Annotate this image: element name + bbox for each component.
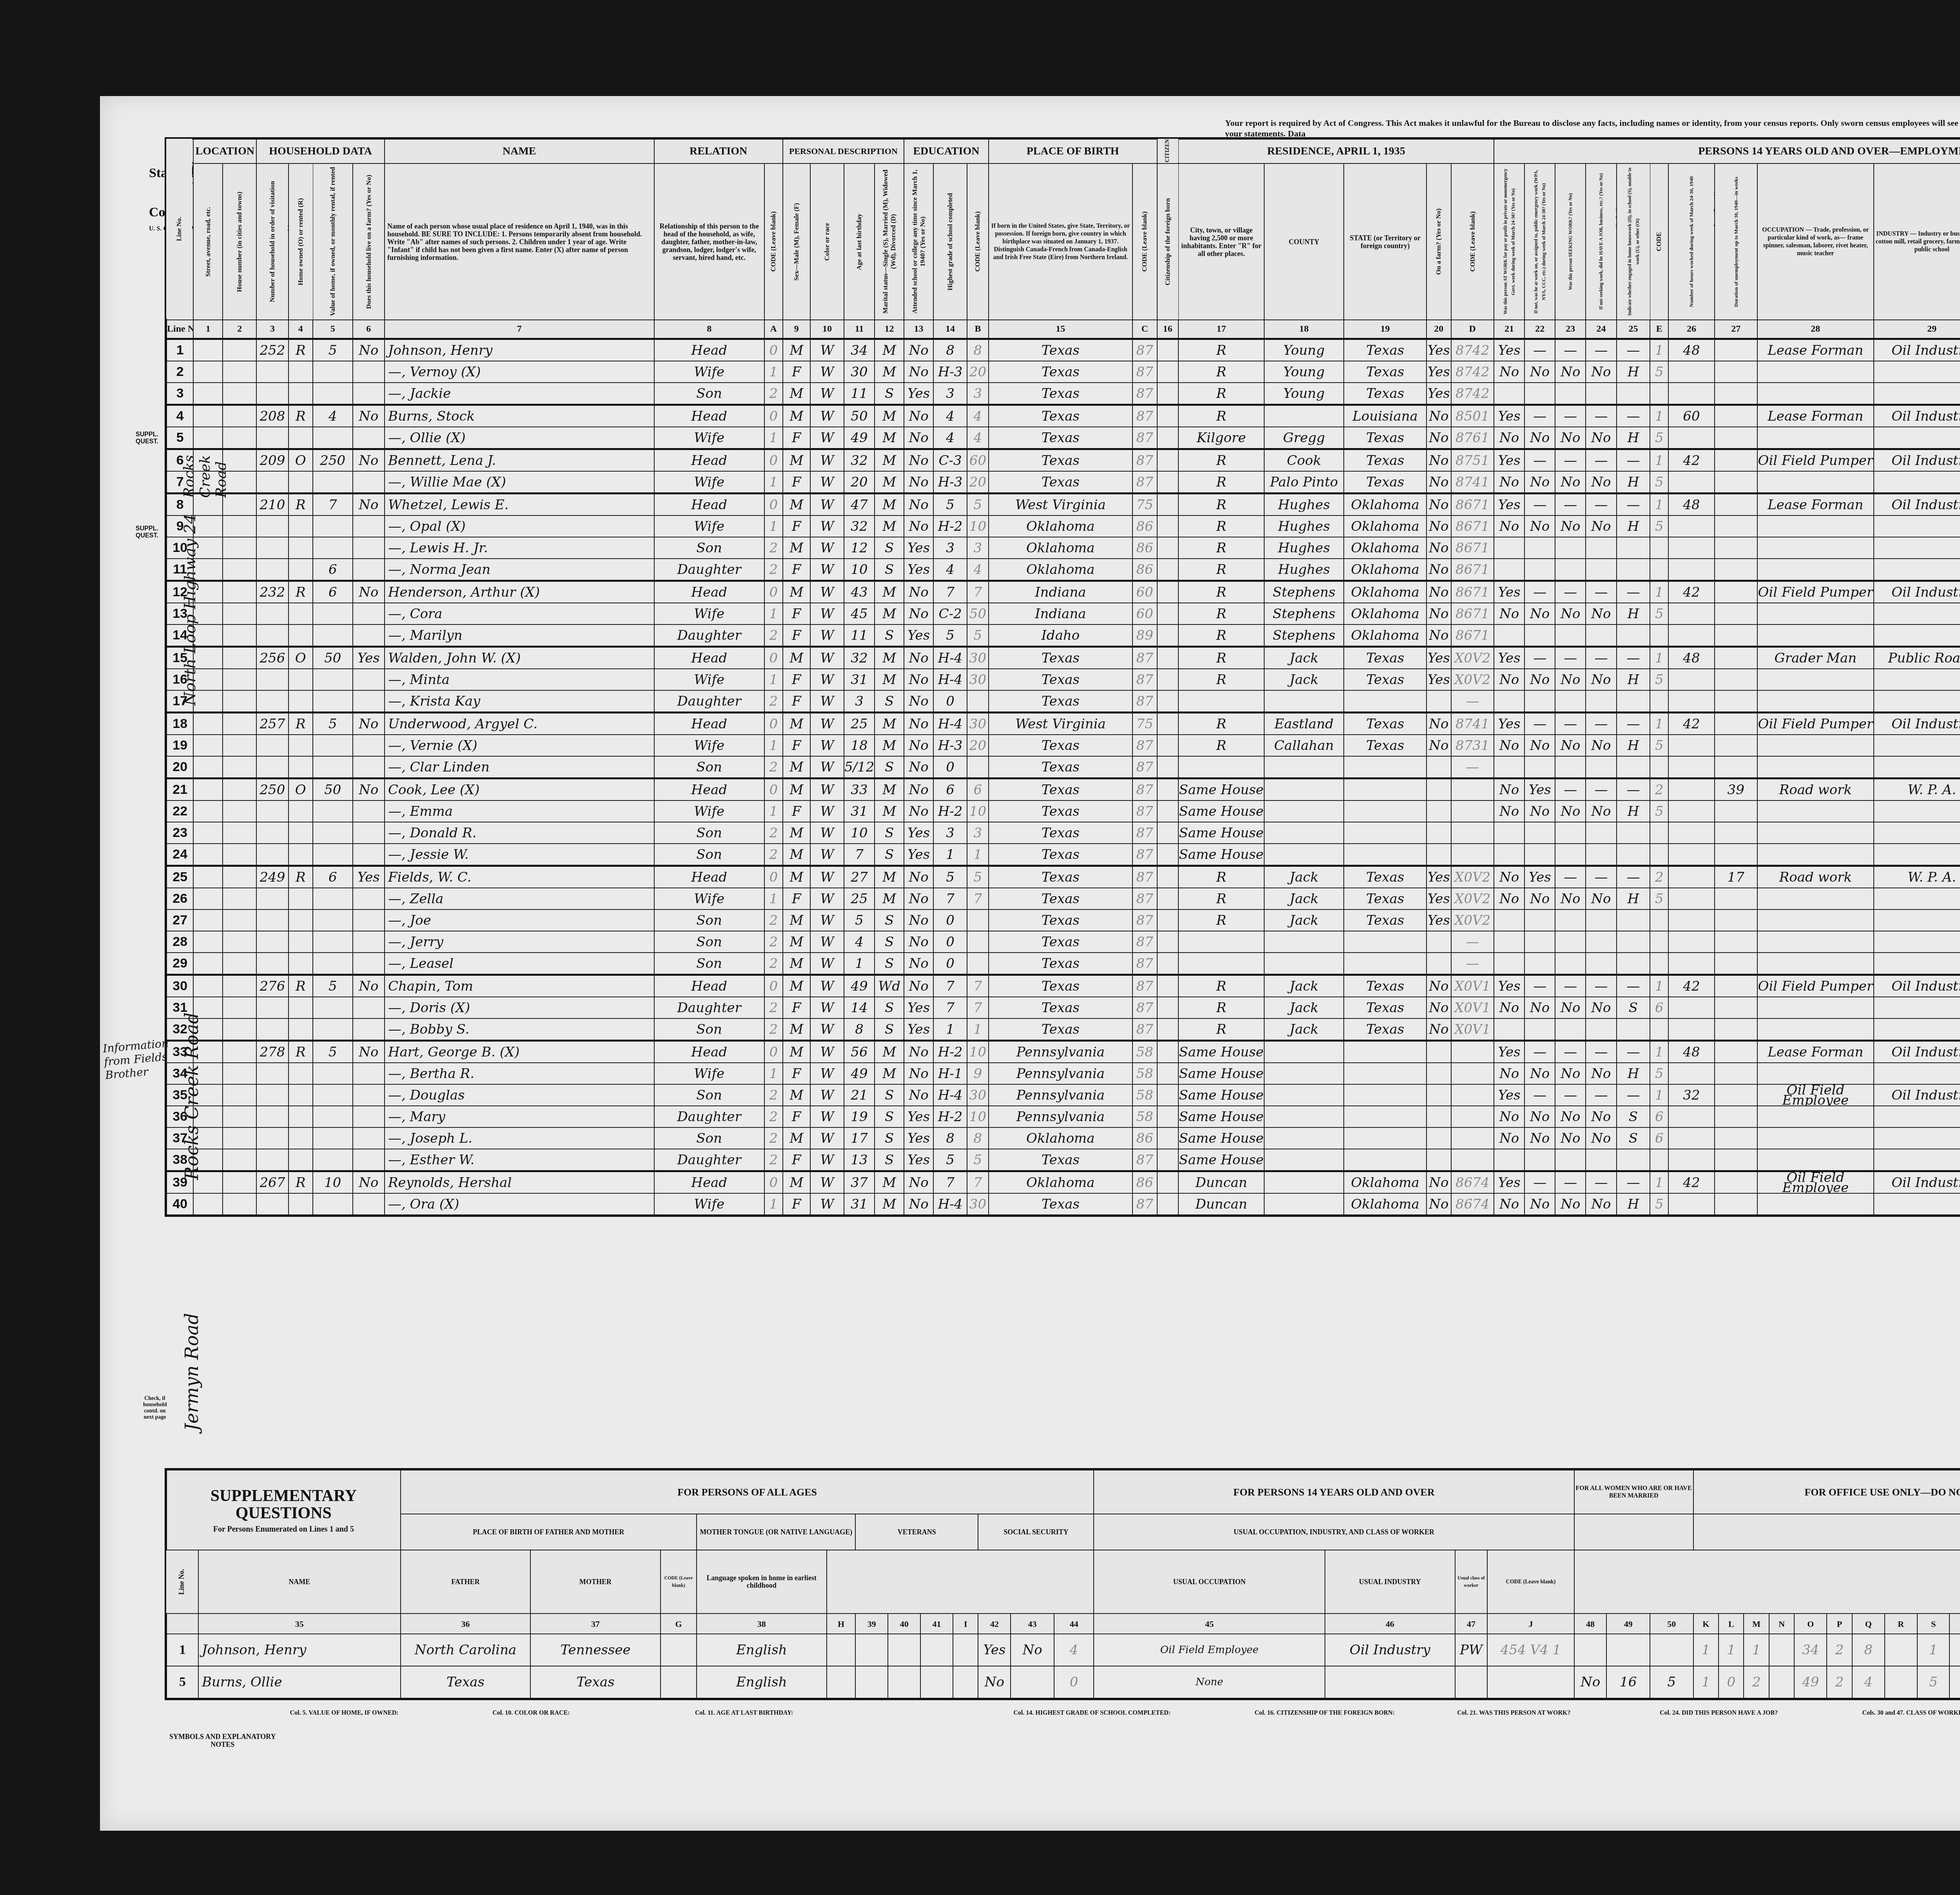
cell-c5: 5 <box>313 713 353 735</box>
cell-c24 <box>1586 1149 1616 1171</box>
cell-c20 <box>1426 1041 1451 1063</box>
line-number: 40 <box>166 1193 193 1216</box>
cell-c25: H <box>1617 1063 1650 1084</box>
cell-cA: 2 <box>764 909 783 931</box>
cell-c1 <box>193 909 223 931</box>
cell-cB: 5 <box>967 1149 989 1171</box>
cell-birth: Texas <box>989 800 1132 822</box>
column-number: N <box>1769 1614 1794 1634</box>
occupation: Oil Field Employee <box>1757 1171 1874 1194</box>
cell-c3 <box>256 953 288 975</box>
occupation <box>1757 1149 1874 1171</box>
table-row: 31—, Doris (X)Daughter2FW14SYes77Texas87… <box>166 997 1960 1018</box>
cell-c19: Texas <box>1344 866 1426 888</box>
cell-cB: 4 <box>967 405 989 427</box>
cell-c1 <box>193 1106 223 1127</box>
cell-c26 <box>1668 1106 1714 1127</box>
cell-c17: Same House <box>1178 800 1264 822</box>
cell-c25: H <box>1617 1193 1650 1216</box>
cell-grade: C-2 <box>933 603 967 624</box>
cell-cA: 1 <box>764 669 783 690</box>
cell-c4 <box>289 559 313 581</box>
cell-c5 <box>313 822 353 844</box>
cell-c2 <box>223 844 256 866</box>
cell-mar: M <box>875 405 904 427</box>
th-suppl-veterans: VETERANS <box>855 1514 978 1550</box>
cell-sch: No <box>904 603 933 624</box>
cell-cC: 75 <box>1132 713 1157 735</box>
table-row: 9—, Opal (X)Wife1FW32MNoH-210Oklahoma86R… <box>166 515 1960 537</box>
cell-c24: No <box>1586 603 1616 624</box>
suppl-cell-c44: 4 <box>1054 1634 1094 1666</box>
suppl-cell-ind: Oil Industry <box>1325 1634 1455 1666</box>
cell-c23: — <box>1555 581 1586 603</box>
suppl-cell-S: 1 <box>1917 1634 1950 1666</box>
th-suppl-women-blank <box>1574 1514 1693 1550</box>
cell-c18: Hughes <box>1264 494 1344 516</box>
cell-c21: No <box>1494 1193 1524 1216</box>
cell-c20: No <box>1426 471 1451 494</box>
cell-c2 <box>223 603 256 624</box>
cell-cB: 8 <box>967 1127 989 1149</box>
cell-c5 <box>313 909 353 931</box>
cell-c5 <box>313 669 353 690</box>
cell-c1 <box>193 953 223 975</box>
cell-c18: Eastland <box>1264 713 1344 735</box>
cell-sch: No <box>904 449 933 472</box>
cell-c19: Oklahoma <box>1344 624 1426 647</box>
cell-c1 <box>193 844 223 866</box>
cell-c22 <box>1524 1018 1555 1041</box>
cell-grade: 0 <box>933 909 967 931</box>
cell-cA: 1 <box>764 888 783 909</box>
cell-sex: F <box>783 559 810 581</box>
line-number: 35 <box>166 1084 193 1106</box>
cell-c23 <box>1555 383 1586 405</box>
cell-age: 31 <box>844 669 875 690</box>
table-row: 37—, Joseph L.Son2MW17SYes88Oklahoma86Sa… <box>166 1127 1960 1149</box>
cell-c22 <box>1524 756 1555 779</box>
cell-c22: — <box>1524 1084 1555 1106</box>
cell-c4: R <box>289 866 313 888</box>
cell-cC: 87 <box>1132 953 1157 975</box>
cell-mar: M <box>875 494 904 516</box>
cell-c3 <box>256 800 288 822</box>
line-number: 14 <box>166 624 193 647</box>
cell-c20: Yes <box>1426 361 1451 383</box>
cell-c16 <box>1157 844 1179 866</box>
occupation: Oil Field Pumper <box>1757 713 1874 735</box>
th-c18: COUNTY <box>1264 163 1344 320</box>
cell-c5 <box>313 1193 353 1216</box>
th-c9: Sex—Male (M), Female (F) <box>783 163 810 320</box>
occupation: Oil Field Employee <box>1757 1084 1874 1106</box>
cell-age: 18 <box>844 735 875 756</box>
cell-c23: — <box>1555 405 1586 427</box>
column-number: 15 <box>989 320 1132 339</box>
cell-c17: R <box>1178 339 1264 361</box>
th-group-employment: PERSONS 14 YEARS OLD AND OVER—EMPLOYMENT… <box>1494 138 1960 163</box>
person-name: —, Lewis H. Jr. <box>385 537 654 559</box>
occupation: Lease Forman <box>1757 405 1874 427</box>
cell-c25: — <box>1617 449 1650 472</box>
cell-c26 <box>1668 844 1714 866</box>
cell-cE: 5 <box>1650 1193 1668 1216</box>
cell-sch: No <box>904 866 933 888</box>
cell-c26 <box>1668 1193 1714 1216</box>
industry: Oil Industry <box>1874 713 1960 735</box>
cell-c6 <box>353 361 385 383</box>
cell-grade: H-4 <box>933 1084 967 1106</box>
cell-c17: R <box>1178 669 1264 690</box>
cell-c3: 250 <box>256 779 288 801</box>
cell-c3: 232 <box>256 581 288 603</box>
cell-cB: 8 <box>967 339 989 361</box>
cell-cC: 87 <box>1132 1149 1157 1171</box>
cell-rel: Son <box>654 1084 764 1106</box>
column-number: 42 <box>978 1614 1011 1634</box>
th-suppl-usual-occupation: USUAL OCCUPATION <box>1094 1550 1325 1614</box>
cell-c19: Texas <box>1344 449 1426 472</box>
suppl-cell-Q: 8 <box>1852 1634 1885 1666</box>
cell-cD: 8751 <box>1451 449 1494 472</box>
cell-sch: No <box>904 647 933 669</box>
cell-cC: 60 <box>1132 603 1157 624</box>
cell-c18 <box>1264 1063 1344 1084</box>
cell-c19 <box>1344 931 1426 953</box>
cell-c22 <box>1524 559 1555 581</box>
cell-age: 45 <box>844 603 875 624</box>
cell-c5: 50 <box>313 779 353 801</box>
cell-c17: Same House <box>1178 1041 1264 1063</box>
cell-birth: Oklahoma <box>989 1171 1132 1194</box>
cell-c20 <box>1426 779 1451 801</box>
column-number: B <box>967 320 989 339</box>
cell-race: W <box>810 494 844 516</box>
cell-c21: Yes <box>1494 713 1524 735</box>
person-name: —, Ora (X) <box>385 1193 654 1216</box>
th-c25: Indicate whether engaged in home housewo… <box>1617 163 1650 320</box>
cell-c18 <box>1264 690 1344 713</box>
cell-age: 11 <box>844 624 875 647</box>
cell-c25 <box>1617 383 1650 405</box>
cell-c18: Gregg <box>1264 427 1344 449</box>
cell-c5: 250 <box>313 449 353 472</box>
line-number: 20 <box>166 756 193 779</box>
cell-c2 <box>223 559 256 581</box>
cell-cD <box>1451 779 1494 801</box>
cell-c2 <box>223 756 256 779</box>
cell-c16 <box>1157 779 1179 801</box>
cell-age: 7 <box>844 844 875 866</box>
cell-cD <box>1451 1084 1494 1106</box>
cell-cB <box>967 931 989 953</box>
industry: Oil Industry <box>1874 494 1960 516</box>
cell-c18: Jack <box>1264 975 1344 997</box>
cell-age: 8 <box>844 1018 875 1041</box>
line-number: 38 <box>166 1149 193 1171</box>
cell-cC: 87 <box>1132 669 1157 690</box>
cell-cD: 8671 <box>1451 581 1494 603</box>
cell-cA: 1 <box>764 361 783 383</box>
cell-c23 <box>1555 909 1586 931</box>
cell-birth: Texas <box>989 756 1132 779</box>
th-group-residence: RESIDENCE, APRIL 1, 1935 <box>1178 138 1494 163</box>
cell-c18 <box>1264 1041 1344 1063</box>
cell-race: W <box>810 1084 844 1106</box>
person-name: —, Leasel <box>385 953 654 975</box>
cell-mar: M <box>875 339 904 361</box>
column-number: 4 <box>289 320 313 339</box>
cell-c20: No <box>1426 603 1451 624</box>
cell-c26 <box>1668 866 1714 888</box>
cell-c20: No <box>1426 735 1451 756</box>
cell-c4 <box>289 1127 313 1149</box>
industry <box>1874 844 1960 866</box>
cell-mar: S <box>875 1106 904 1127</box>
cell-c19: Texas <box>1344 735 1426 756</box>
cell-cB: 5 <box>967 624 989 647</box>
cell-c2 <box>223 669 256 690</box>
cell-c3 <box>256 383 288 405</box>
line-number: 28 <box>166 931 193 953</box>
cell-c3 <box>256 1084 288 1106</box>
cell-c20 <box>1426 844 1451 866</box>
cell-c6: No <box>353 494 385 516</box>
cell-c16 <box>1157 537 1179 559</box>
cell-c24: — <box>1586 494 1616 516</box>
cell-sex: M <box>783 449 810 472</box>
line-number: 34 <box>166 1063 193 1084</box>
cell-rel: Son <box>654 822 764 844</box>
cell-cC: 87 <box>1132 779 1157 801</box>
cell-sex: F <box>783 669 810 690</box>
cell-c26 <box>1668 603 1714 624</box>
industry <box>1874 471 1960 494</box>
cell-c6 <box>353 1106 385 1127</box>
cell-c19 <box>1344 1063 1426 1084</box>
cell-age: 1 <box>844 953 875 975</box>
cell-grade: H-4 <box>933 647 967 669</box>
cell-c3: 210 <box>256 494 288 516</box>
cell-c5 <box>313 756 353 779</box>
cell-age: 32 <box>844 515 875 537</box>
table-row: 20—, Clar LindenSon2MW5/12SNo0Texas87—20 <box>166 756 1960 779</box>
cell-c23 <box>1555 931 1586 953</box>
th-c1: Street, avenue, road, etc. <box>193 163 223 320</box>
suppl-cell-j: 454 V4 1 <box>1487 1634 1574 1666</box>
cell-grade: H-2 <box>933 515 967 537</box>
cell-c1 <box>193 1084 223 1106</box>
cell-c24 <box>1586 953 1616 975</box>
cell-cB: 30 <box>967 1084 989 1106</box>
cell-c27 <box>1715 1084 1757 1106</box>
cell-c25 <box>1617 537 1650 559</box>
cell-rel: Son <box>654 1127 764 1149</box>
cell-c1 <box>193 1171 223 1194</box>
cell-c4 <box>289 361 313 383</box>
cell-sch: No <box>904 953 933 975</box>
cell-c26 <box>1668 822 1714 844</box>
th-suppl-tongue: MOTHER TONGUE (OR NATIVE LANGUAGE) <box>697 1514 855 1550</box>
cell-rel: Head <box>654 713 764 735</box>
suppl-cell-c40 <box>888 1666 920 1699</box>
suppl-cell-c49: 16 <box>1606 1666 1650 1699</box>
cell-c16 <box>1157 1063 1179 1084</box>
cell-cC: 87 <box>1132 822 1157 844</box>
cell-rel: Head <box>654 339 764 361</box>
cell-grade: H-1 <box>933 1063 967 1084</box>
cell-cC: 87 <box>1132 427 1157 449</box>
person-name: —, Minta <box>385 669 654 690</box>
cell-c5 <box>313 931 353 953</box>
cell-sch: No <box>904 427 933 449</box>
suppl-cell-c39 <box>855 1666 888 1699</box>
table-row: 24—, Jessie W.Son2MW7SYes11Texas87Same H… <box>166 844 1960 866</box>
cell-c6: No <box>353 449 385 472</box>
cell-cE: 2 <box>1650 779 1668 801</box>
line-number: 25 <box>166 866 193 888</box>
industry: W. P. A. <box>1874 779 1960 801</box>
column-number: 50 <box>1650 1614 1693 1634</box>
line-number: 17 <box>166 690 193 713</box>
cell-c27 <box>1715 427 1757 449</box>
cell-c5 <box>313 1149 353 1171</box>
line-number: 39 <box>166 1171 193 1194</box>
cell-c16 <box>1157 383 1179 405</box>
column-number: 9 <box>783 320 810 339</box>
cell-c4 <box>289 1193 313 1216</box>
cell-c18: Young <box>1264 339 1344 361</box>
cell-sch: No <box>904 361 933 383</box>
cell-cE: 1 <box>1650 494 1668 516</box>
cell-c3 <box>256 1127 288 1149</box>
cell-c21: No <box>1494 669 1524 690</box>
cell-sex: F <box>783 800 810 822</box>
cell-rel: Daughter <box>654 624 764 647</box>
cell-sex: M <box>783 822 810 844</box>
cell-c27 <box>1715 822 1757 844</box>
cell-cA: 1 <box>764 735 783 756</box>
cell-age: 56 <box>844 1041 875 1063</box>
cell-mar: S <box>875 756 904 779</box>
cell-c4: O <box>289 449 313 472</box>
cell-cD: — <box>1451 931 1494 953</box>
cell-c2 <box>223 931 256 953</box>
cell-age: 10 <box>844 822 875 844</box>
line-number: 18 <box>166 713 193 735</box>
cell-cE: 1 <box>1650 713 1668 735</box>
industry <box>1874 931 1960 953</box>
cell-c6 <box>353 1018 385 1041</box>
th-suppl-office-blank <box>1693 1514 1960 1550</box>
symbols-title: SYMBOLS AND EXPLANATORY NOTES <box>165 1709 281 1815</box>
line-number: 8 <box>166 494 193 516</box>
household-continued-checkbox-label: Check, if household contd. on next page <box>143 1396 167 1421</box>
cell-c25 <box>1617 931 1650 953</box>
cell-c21: Yes <box>1494 1084 1524 1106</box>
cell-c22 <box>1524 624 1555 647</box>
cell-cC: 87 <box>1132 888 1157 909</box>
occupation: Lease Forman <box>1757 339 1874 361</box>
cell-c20: No <box>1426 1193 1451 1216</box>
cell-c18: Young <box>1264 383 1344 405</box>
cell-sch: No <box>904 756 933 779</box>
occupation: Grader Man <box>1757 647 1874 669</box>
cell-c18: Young <box>1264 361 1344 383</box>
suppl-cell-occ: None <box>1094 1666 1325 1699</box>
line-number: 15 <box>166 647 193 669</box>
cell-c4 <box>289 800 313 822</box>
cell-c17: R <box>1178 383 1264 405</box>
cell-cE <box>1650 844 1668 866</box>
th-cB: CODE (Leave blank) <box>967 163 989 320</box>
cell-c21: No <box>1494 471 1524 494</box>
cell-c5 <box>313 624 353 647</box>
cell-c19 <box>1344 690 1426 713</box>
cell-cD <box>1451 1063 1494 1084</box>
cell-cB <box>967 909 989 931</box>
cell-c1 <box>193 713 223 735</box>
cell-c17: R <box>1178 515 1264 537</box>
cell-c27 <box>1715 713 1757 735</box>
column-number: T <box>1949 1614 1960 1634</box>
cell-c27 <box>1715 449 1757 472</box>
cell-c25: — <box>1617 581 1650 603</box>
cell-c20: No <box>1426 405 1451 427</box>
suppl-quest-tag-line-1: SUPPL. QUEST. <box>133 431 161 445</box>
cell-c27 <box>1715 537 1757 559</box>
th-c6: Does this household live on a farm? (Yes… <box>353 163 385 320</box>
th-suppl-usual-class: Usual class of worker <box>1455 1550 1488 1614</box>
cell-c18: Jack <box>1264 1018 1344 1041</box>
cell-grade: 8 <box>933 1127 967 1149</box>
cell-c6: Yes <box>353 866 385 888</box>
cell-c1 <box>193 669 223 690</box>
cell-c24: No <box>1586 735 1616 756</box>
cell-c16 <box>1157 953 1179 975</box>
cell-c25: — <box>1617 1171 1650 1194</box>
cell-birth: Texas <box>989 909 1132 931</box>
cell-mar: M <box>875 735 904 756</box>
cell-sch: Yes <box>904 1149 933 1171</box>
cell-c24: No <box>1586 1193 1616 1216</box>
cell-cE: 1 <box>1650 449 1668 472</box>
cell-c21 <box>1494 1149 1524 1171</box>
cell-c22: No <box>1524 603 1555 624</box>
cell-cE: 5 <box>1650 515 1668 537</box>
cell-c27: 39 <box>1715 779 1757 801</box>
cell-sex: F <box>783 361 810 383</box>
person-name: —, Mary <box>385 1106 654 1127</box>
cell-c22: — <box>1524 713 1555 735</box>
cell-cB: 10 <box>967 1041 989 1063</box>
th-c26: Number of hours worked during week of Ma… <box>1668 163 1714 320</box>
th-suppl-code-j: CODE (Leave blank) <box>1487 1550 1574 1614</box>
cell-c3 <box>256 603 288 624</box>
cell-c21: No <box>1494 997 1524 1018</box>
person-name: —, Jackie <box>385 383 654 405</box>
cell-cE <box>1650 953 1668 975</box>
cell-grade: C-3 <box>933 449 967 472</box>
cell-c26 <box>1668 931 1714 953</box>
cell-c18: Hughes <box>1264 559 1344 581</box>
column-number: 46 <box>1325 1614 1455 1634</box>
cell-age: 27 <box>844 866 875 888</box>
cell-c26: 42 <box>1668 1171 1714 1194</box>
cell-c6 <box>353 800 385 822</box>
cell-c1 <box>193 537 223 559</box>
